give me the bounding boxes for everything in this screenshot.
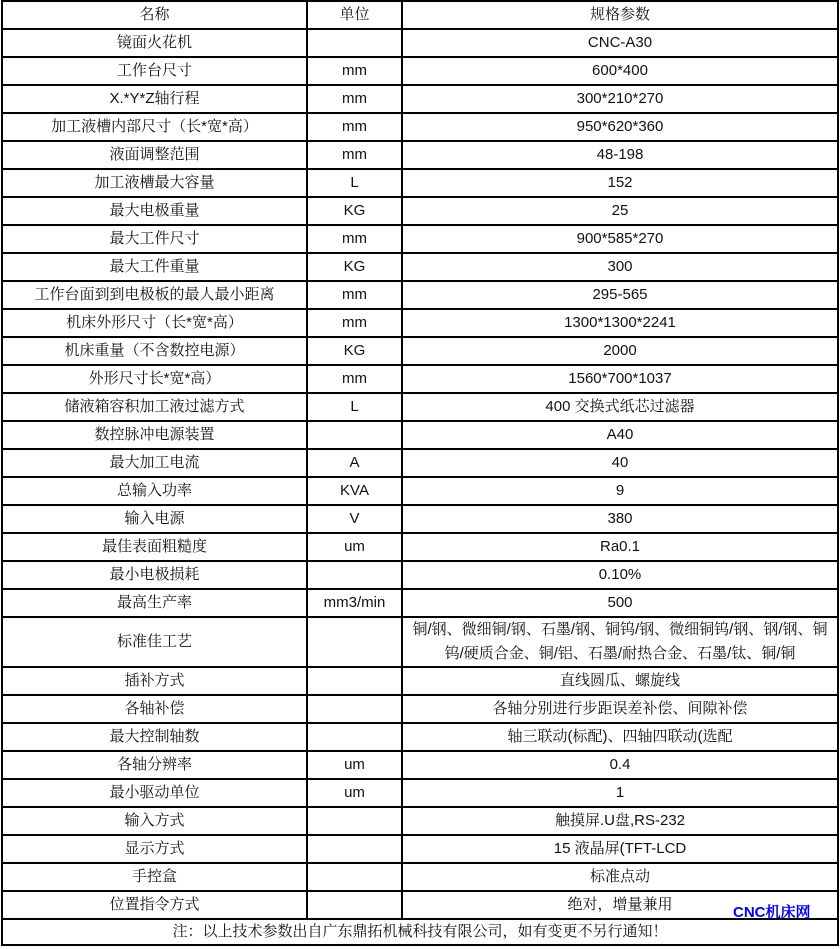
value-cell: 9 xyxy=(402,477,838,505)
spec-name-cell: 工作台尺寸 xyxy=(2,57,307,85)
spec-name-cell: 显示方式 xyxy=(2,835,307,863)
unit-cell: mm xyxy=(307,225,402,253)
table-row: 加工液槽内部尺寸（长*宽*高）mm950*620*360 xyxy=(2,113,838,141)
table-row: 机床外形尺寸（长*宽*高）mm1300*1300*2241 xyxy=(2,309,838,337)
header-row: 名称 单位 规格参数 xyxy=(2,1,838,29)
value-cell: 152 xyxy=(402,169,838,197)
value-cell: 600*400 xyxy=(402,57,838,85)
value-cell: 15 液晶屏(TFT-LCD xyxy=(402,835,838,863)
table-row: 工作台尺寸mm600*400 xyxy=(2,57,838,85)
table-row: 标准佳工艺铜/钢、微细铜/钢、石墨/钢、铜钨/钢、微细铜钨/钢、钢/钢、铜钨/硬… xyxy=(2,617,838,667)
value-cell: 400 交换式纸芯过滤器 xyxy=(402,393,838,421)
value-cell: 2000 xyxy=(402,337,838,365)
unit-cell: mm xyxy=(307,281,402,309)
unit-cell xyxy=(307,695,402,723)
unit-cell xyxy=(307,807,402,835)
value-cell: 950*620*360 xyxy=(402,113,838,141)
value-cell: 1300*1300*2241 xyxy=(402,309,838,337)
table-row: 位置指令方式绝对，增量兼用 xyxy=(2,891,838,919)
unit-cell: mm xyxy=(307,141,402,169)
table-row: 输入电源V380 xyxy=(2,505,838,533)
table-row: 最佳表面粗糙度umRa0.1 xyxy=(2,533,838,561)
unit-cell: A xyxy=(307,449,402,477)
spec-name-cell: X.*Y*Z轴行程 xyxy=(2,85,307,113)
table-row: 最大工件重量KG300 xyxy=(2,253,838,281)
table-row: 最大控制轴数轴三联动(标配)、四轴四联动(选配 xyxy=(2,723,838,751)
spec-name-cell: 位置指令方式 xyxy=(2,891,307,919)
spec-name-cell: 插补方式 xyxy=(2,667,307,695)
value-cell: 25 xyxy=(402,197,838,225)
spec-name-cell: 储液箱容积加工液过滤方式 xyxy=(2,393,307,421)
unit-cell xyxy=(307,421,402,449)
unit-cell: um xyxy=(307,779,402,807)
value-cell: 触摸屏.U盘,RS-232 xyxy=(402,807,838,835)
unit-cell: mm xyxy=(307,365,402,393)
footer-note: 注：以上技术参数出自广东鼎拓机械科技有限公司，如有变更不另行通知！ xyxy=(2,919,838,945)
table-row: 最大电极重量KG25 xyxy=(2,197,838,225)
spec-name-cell: 各轴补偿 xyxy=(2,695,307,723)
table-row: 手控盒标准点动 xyxy=(2,863,838,891)
spec-name-cell: 输入方式 xyxy=(2,807,307,835)
table-row: 各轴分辨率um0.4 xyxy=(2,751,838,779)
table-row: 最高生产率mm3/min500 xyxy=(2,589,838,617)
unit-cell: mm xyxy=(307,85,402,113)
value-cell: 300*210*270 xyxy=(402,85,838,113)
spec-name-cell: 最大工件尺寸 xyxy=(2,225,307,253)
unit-cell: mm3/min xyxy=(307,589,402,617)
value-cell: 295-565 xyxy=(402,281,838,309)
table-row: 液面调整范围mm48-198 xyxy=(2,141,838,169)
value-cell: CNC-A30 xyxy=(402,29,838,57)
table-row: 工作台面到到电极板的最人最小距离mm295-565 xyxy=(2,281,838,309)
spec-name-cell: 最大加工电流 xyxy=(2,449,307,477)
table-row: 各轴补偿各轴分别进行步距误差补偿、间隙补偿 xyxy=(2,695,838,723)
unit-cell: mm xyxy=(307,113,402,141)
table-row: 储液箱容积加工液过滤方式L400 交换式纸芯过滤器 xyxy=(2,393,838,421)
value-cell: 标准点动 xyxy=(402,863,838,891)
table-row: 最小驱动单位um1 xyxy=(2,779,838,807)
unit-cell: KG xyxy=(307,337,402,365)
spec-name-cell: 最佳表面粗糙度 xyxy=(2,533,307,561)
value-cell: 1 xyxy=(402,779,838,807)
unit-cell: KG xyxy=(307,253,402,281)
spec-name-cell: 镜面火花机 xyxy=(2,29,307,57)
table-row: 最大工件尺寸mm900*585*270 xyxy=(2,225,838,253)
spec-name-cell: 最小电极损耗 xyxy=(2,561,307,589)
spec-name-cell: 液面调整范围 xyxy=(2,141,307,169)
table-row: 最大加工电流A40 xyxy=(2,449,838,477)
spec-name-cell: 机床外形尺寸（长*宽*高） xyxy=(2,309,307,337)
value-cell: A40 xyxy=(402,421,838,449)
value-cell: 铜/钢、微细铜/钢、石墨/钢、铜钨/钢、微细铜钨/钢、钢/钢、铜钨/硬质合金、铜… xyxy=(402,617,838,667)
unit-cell xyxy=(307,29,402,57)
value-cell: 500 xyxy=(402,589,838,617)
header-spec: 规格参数 xyxy=(402,1,838,29)
unit-cell: V xyxy=(307,505,402,533)
footer-note-row: 注：以上技术参数出自广东鼎拓机械科技有限公司，如有变更不另行通知！ xyxy=(2,919,838,945)
cnc-site-watermark: CNC机床网 xyxy=(733,901,811,922)
unit-cell: um xyxy=(307,751,402,779)
value-cell: 轴三联动(标配)、四轴四联动(选配 xyxy=(402,723,838,751)
unit-cell xyxy=(307,891,402,919)
table-row: X.*Y*Z轴行程mm300*210*270 xyxy=(2,85,838,113)
table-row: 插补方式直线圆瓜、螺旋线 xyxy=(2,667,838,695)
table-row: 输入方式触摸屏.U盘,RS-232 xyxy=(2,807,838,835)
unit-cell xyxy=(307,835,402,863)
spec-name-cell: 标准佳工艺 xyxy=(2,617,307,667)
unit-cell xyxy=(307,863,402,891)
spec-name-cell: 最大控制轴数 xyxy=(2,723,307,751)
value-cell: Ra0.1 xyxy=(402,533,838,561)
value-cell: 380 xyxy=(402,505,838,533)
spec-name-cell: 最大工件重量 xyxy=(2,253,307,281)
unit-cell: L xyxy=(307,169,402,197)
spec-table-footer: 注：以上技术参数出自广东鼎拓机械科技有限公司，如有变更不另行通知！ xyxy=(2,919,838,945)
unit-cell xyxy=(307,723,402,751)
unit-cell: um xyxy=(307,533,402,561)
spec-name-cell: 工作台面到到电极板的最人最小距离 xyxy=(2,281,307,309)
spec-name-cell: 数控脉冲电源装置 xyxy=(2,421,307,449)
unit-cell xyxy=(307,617,402,667)
spec-table-header: 名称 单位 规格参数 xyxy=(2,1,838,29)
spec-name-cell: 加工液槽内部尺寸（长*宽*高） xyxy=(2,113,307,141)
spec-name-cell: 手控盒 xyxy=(2,863,307,891)
value-cell: 直线圆瓜、螺旋线 xyxy=(402,667,838,695)
value-cell: 0.4 xyxy=(402,751,838,779)
value-cell: 40 xyxy=(402,449,838,477)
table-row: 总输入功率KVA9 xyxy=(2,477,838,505)
spec-name-cell: 最大电极重量 xyxy=(2,197,307,225)
spec-table-body: 镜面火花机CNC-A30工作台尺寸mm600*400X.*Y*Z轴行程mm300… xyxy=(2,29,838,919)
spec-name-cell: 加工液槽最大容量 xyxy=(2,169,307,197)
value-cell: 0.10% xyxy=(402,561,838,589)
unit-cell: mm xyxy=(307,57,402,85)
table-row: 最小电极损耗0.10% xyxy=(2,561,838,589)
unit-cell xyxy=(307,561,402,589)
header-name: 名称 xyxy=(2,1,307,29)
table-row: 数控脉冲电源装置A40 xyxy=(2,421,838,449)
value-cell: 300 xyxy=(402,253,838,281)
spec-name-cell: 输入电源 xyxy=(2,505,307,533)
spec-name-cell: 机床重量（不含数控电源） xyxy=(2,337,307,365)
header-unit: 单位 xyxy=(307,1,402,29)
value-cell: 1560*700*1037 xyxy=(402,365,838,393)
spec-name-cell: 最高生产率 xyxy=(2,589,307,617)
table-row: 显示方式15 液晶屏(TFT-LCD xyxy=(2,835,838,863)
value-cell: 900*585*270 xyxy=(402,225,838,253)
spec-name-cell: 最小驱动单位 xyxy=(2,779,307,807)
table-row: 加工液槽最大容量L152 xyxy=(2,169,838,197)
spec-name-cell: 各轴分辨率 xyxy=(2,751,307,779)
table-row: 镜面火花机CNC-A30 xyxy=(2,29,838,57)
table-row: 外形尺寸长*宽*高）mm1560*700*1037 xyxy=(2,365,838,393)
spec-name-cell: 外形尺寸长*宽*高） xyxy=(2,365,307,393)
unit-cell xyxy=(307,667,402,695)
value-cell: 48-198 xyxy=(402,141,838,169)
unit-cell: KVA xyxy=(307,477,402,505)
table-row: 机床重量（不含数控电源）KG2000 xyxy=(2,337,838,365)
value-cell: 各轴分别进行步距误差补偿、间隙补偿 xyxy=(402,695,838,723)
spec-name-cell: 总输入功率 xyxy=(2,477,307,505)
unit-cell: L xyxy=(307,393,402,421)
unit-cell: KG xyxy=(307,197,402,225)
spec-table: 名称 单位 规格参数 镜面火花机CNC-A30工作台尺寸mm600*400X.*… xyxy=(1,0,839,946)
spec-sheet-page: 名称 单位 规格参数 镜面火花机CNC-A30工作台尺寸mm600*400X.*… xyxy=(0,0,840,949)
unit-cell: mm xyxy=(307,309,402,337)
